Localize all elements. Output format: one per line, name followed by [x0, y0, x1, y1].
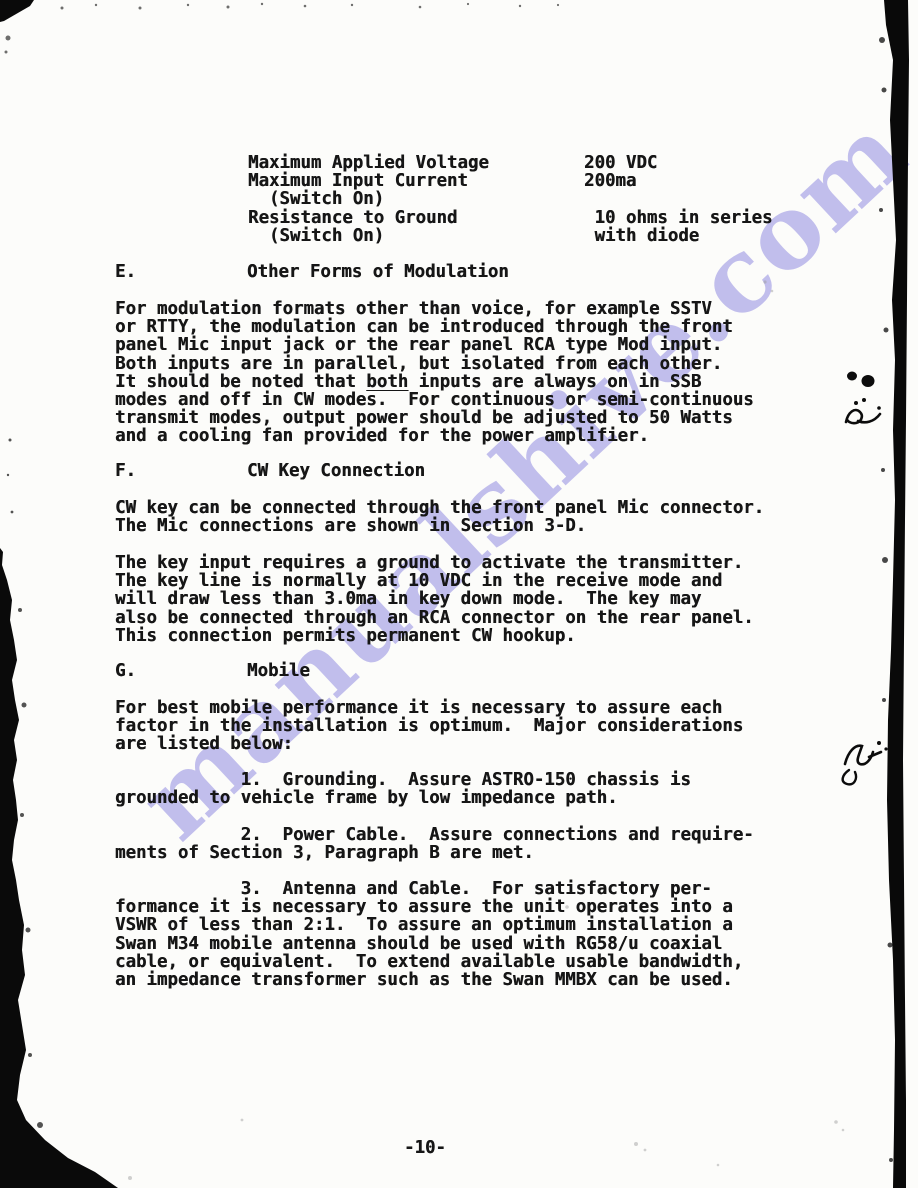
spec-value-resistance-ground: 10 ohms in series	[584, 209, 772, 227]
handwritten-annotation-upper	[846, 372, 881, 424]
spec-label-switch-on-2: (Switch On)	[248, 227, 384, 245]
scanned-document-page: manualshive.com Maximum Applied Voltage …	[0, 0, 918, 1188]
spec-label-max-applied-voltage: Maximum Applied Voltage	[248, 154, 489, 172]
spec-value-resistance-ground-2: with diode	[584, 227, 699, 245]
section-e-letter: E.	[115, 263, 136, 281]
section-e-paragraph: For modulation formats other than voice,…	[115, 300, 754, 446]
handwritten-annotation-lower	[843, 741, 888, 784]
scan-edge-left-band	[0, 548, 118, 1188]
section-f-letter: F.	[115, 462, 136, 480]
scan-corner-mark	[0, 0, 34, 22]
spec-label-resistance-ground: Resistance to Ground	[248, 209, 457, 227]
spec-label-max-input-current: Maximum Input Current	[248, 172, 468, 190]
scan-top-specks	[5, 3, 560, 54]
section-e-title: Other Forms of Modulation	[247, 263, 509, 281]
section-f-paragraph-1: CW key can be connected through the fron…	[115, 499, 764, 535]
section-e-underlined-word: both	[366, 372, 408, 392]
spec-label-switch-on-1: (Switch On)	[248, 190, 384, 208]
section-f-paragraph-2: The key input requires a ground to activ…	[115, 554, 754, 645]
scan-edge-right-bar	[884, 0, 909, 1188]
section-g-item-2: 2. Power Cable. Assure connections and r…	[115, 826, 754, 862]
section-g-title: Mobile	[247, 662, 310, 680]
scan-edge-right-specks	[879, 37, 893, 1162]
section-g-intro: For best mobile performance it is necess…	[115, 699, 743, 754]
section-g-item-3: 3. Antenna and Cable. For satisfactory p…	[115, 880, 743, 989]
section-g-item-1: 1. Grounding. Assure ASTRO-150 chassis i…	[115, 771, 691, 807]
spec-value-max-applied-voltage: 200 VDC	[584, 154, 657, 172]
section-g-letter: G.	[115, 662, 136, 680]
section-f-title: CW Key Connection	[247, 462, 425, 480]
spec-value-max-input-current: 200ma	[584, 172, 636, 190]
scan-edge-left-specks	[7, 439, 43, 1129]
page-number: -10-	[404, 1139, 446, 1157]
